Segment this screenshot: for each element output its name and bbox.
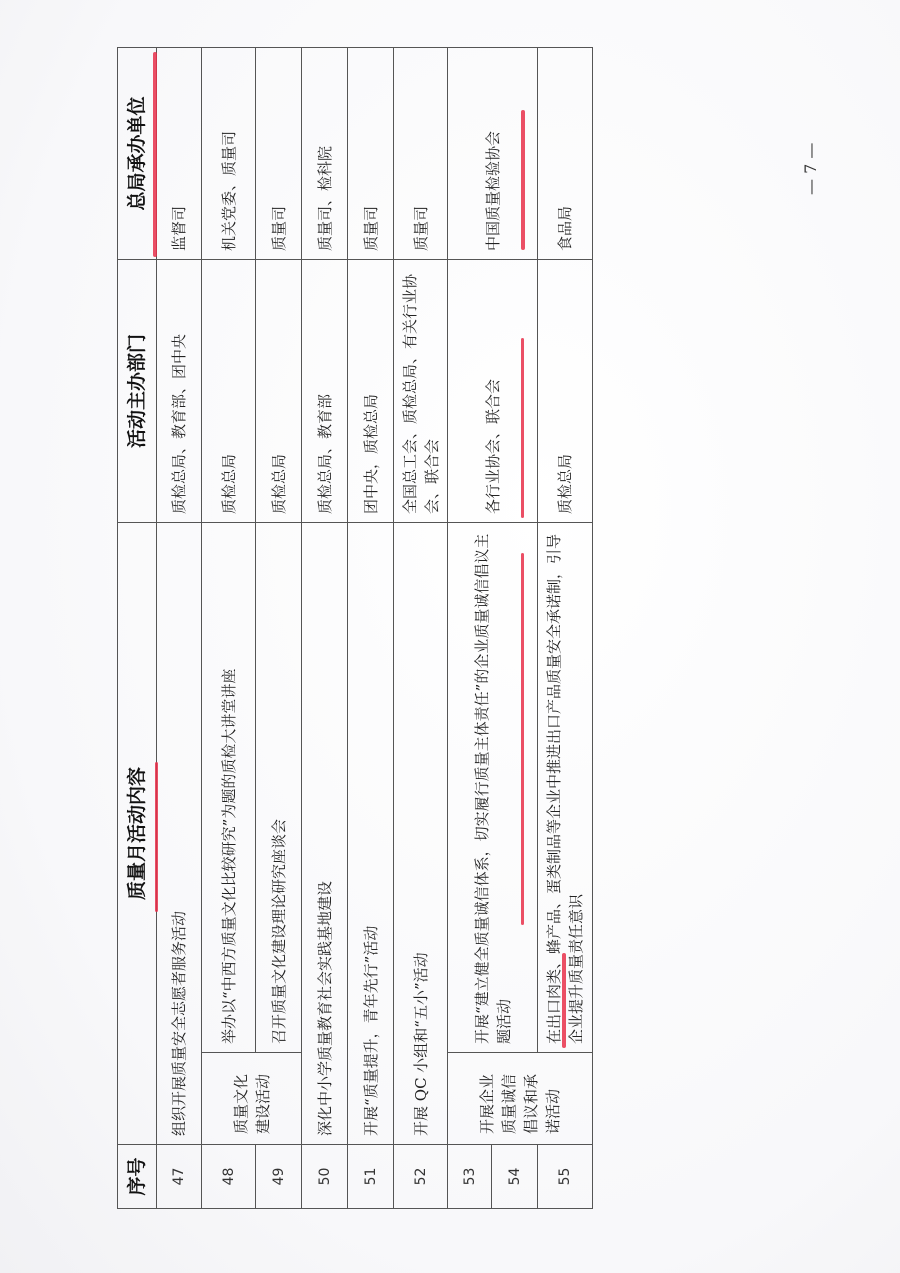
seq-cell: 48 <box>202 1145 256 1209</box>
content-cell: 开展“建立健全质量诚信体系，切实履行质量主体责任”的企业质量诚信倡议主题活动 <box>448 522 538 1052</box>
red-underline-row53-content <box>521 553 524 925</box>
content-cell: 举办以“中西方质量文化比较研究”为题的质检大讲堂讲座 <box>202 522 256 1052</box>
table-row: 49 召开质量文化建设理论研究座谈会 质检总局 质量司 <box>256 47 302 1208</box>
header-content: 质量月活动内容 <box>118 522 157 1144</box>
organizer-cell: 质检总局、教育部、团中央 <box>157 259 202 522</box>
table-row: 53 开展企业质量诚信倡议和承诺活动 开展“建立健全质量诚信体系，切实履行质量主… <box>448 47 492 1208</box>
undertaker-cell: 监督司 <box>157 47 202 259</box>
table-row: 52 开展 QC 小组和“五小”活动 全国总工会、质检总局、有关行业协会、联合会… <box>394 47 448 1208</box>
content-cell: 开展“质量提升，青年先行”活动 <box>348 522 394 1144</box>
organizer-cell: 质检总局、教育部 <box>302 259 348 522</box>
seq-cell: 50 <box>302 1145 348 1209</box>
undertaker-cell: 质量司、检科院 <box>302 47 348 259</box>
seq-cell: 53 <box>448 1145 492 1209</box>
content-cell: 深化中小学质量教育社会实践基地建设 <box>302 522 348 1144</box>
undertaker-cell: 食品局 <box>538 47 593 259</box>
organizer-cell: 团中央，质检总局 <box>348 259 394 522</box>
undertaker-cell: 质量司 <box>348 47 394 259</box>
undertaker-cell: 质量司 <box>256 47 302 259</box>
red-underline-undertaker-header <box>153 52 157 257</box>
content-cell: 开展 QC 小组和“五小”活动 <box>394 522 448 1144</box>
undertaker-cell: 质量司 <box>394 47 448 259</box>
organizer-cell: 质检总局 <box>538 259 593 522</box>
table-row: 51 开展“质量提升，青年先行”活动 团中央，质检总局 质量司 <box>348 47 394 1208</box>
header-organizer: 活动主办部门 <box>118 259 157 522</box>
document-page: 序号 质量月活动内容 活动主办部门 总局承办单位 47 组织开展质量安全志愿者服… <box>0 0 900 1273</box>
table-row: 48 质量文化建设活动 举办以“中西方质量文化比较研究”为题的质检大讲堂讲座 质… <box>202 47 256 1208</box>
red-underline-row53-organizer <box>521 338 524 518</box>
category-cell: 质量文化建设活动 <box>202 1053 302 1145</box>
category-cell: 开展企业质量诚信倡议和承诺活动 <box>448 1053 593 1145</box>
seq-cell: 49 <box>256 1145 302 1209</box>
table-row: 50 深化中小学质量教育社会实践基地建设 质检总局、教育部 质量司、检科院 <box>302 47 348 1208</box>
header-seq: 序号 <box>118 1145 157 1209</box>
seq-cell: 54 <box>492 1145 538 1209</box>
seq-cell: 55 <box>538 1145 593 1209</box>
seq-cell: 47 <box>157 1145 202 1209</box>
undertaker-cell: 机关党委、质量司 <box>202 47 256 259</box>
content-cell: 组织开展质量安全志愿者服务活动 <box>157 522 202 1144</box>
red-underline-row53-undertaker <box>521 110 525 250</box>
header-undertaker: 总局承办单位 <box>118 47 157 259</box>
seq-cell: 52 <box>394 1145 448 1209</box>
content-cell: 召开质量文化建设理论研究座谈会 <box>256 522 302 1052</box>
red-underline-content-header <box>155 762 158 912</box>
table-header-row: 序号 质量月活动内容 活动主办部门 总局承办单位 <box>118 47 157 1208</box>
table-row: 47 组织开展质量安全志愿者服务活动 质检总局、教育部、团中央 监督司 <box>157 47 202 1208</box>
organizer-cell: 质检总局 <box>202 259 256 522</box>
red-underline-row53-category <box>562 953 566 1048</box>
page-number: — 7 — <box>771 165 851 195</box>
seq-cell: 51 <box>348 1145 394 1209</box>
organizer-cell: 各行业协会、联合会 <box>448 259 538 522</box>
organizer-cell: 质检总局 <box>256 259 302 522</box>
organizer-cell: 全国总工会、质检总局、有关行业协会、联合会 <box>394 259 448 522</box>
